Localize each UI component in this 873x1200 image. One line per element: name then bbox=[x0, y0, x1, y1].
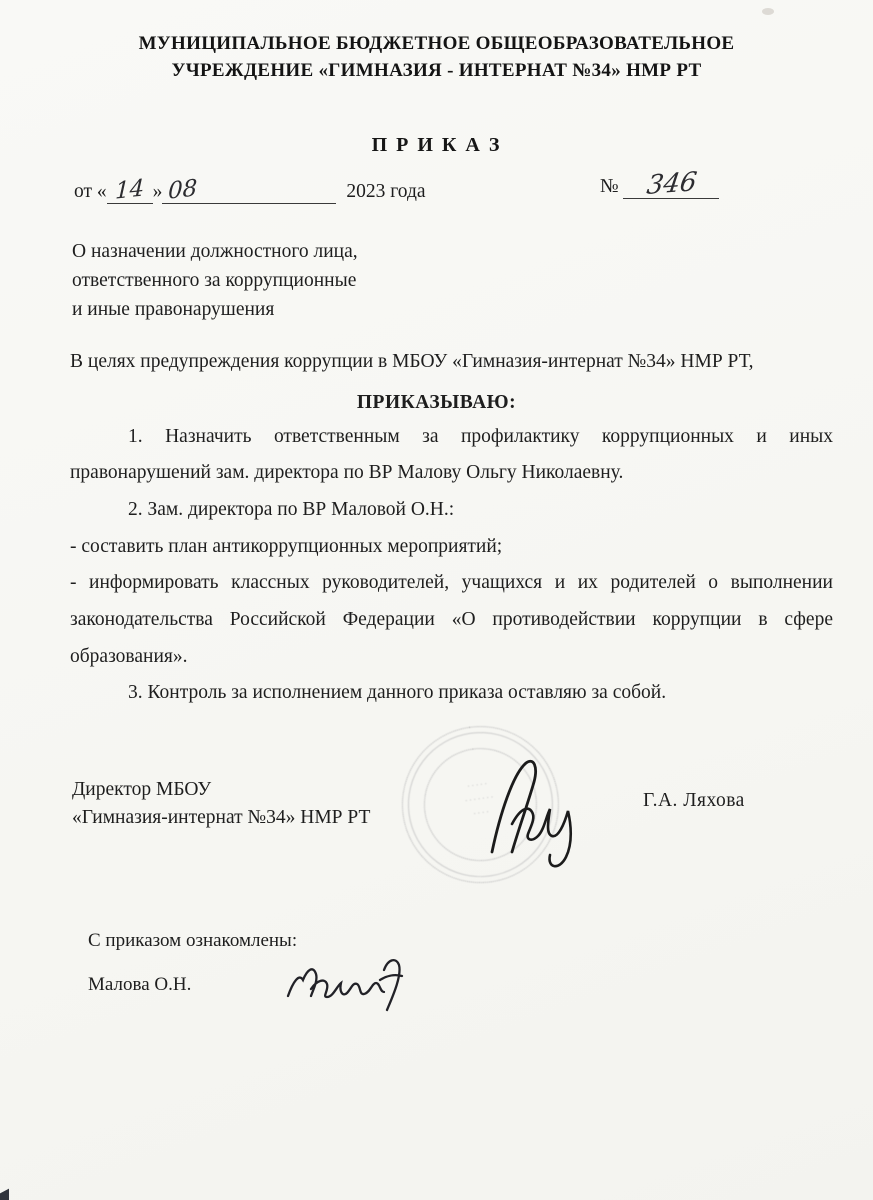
order-subject-line3: и иные правонарушения bbox=[72, 295, 873, 324]
director-signature-icon bbox=[487, 754, 599, 870]
order-subject-line1: О назначении должностного лица, bbox=[72, 237, 873, 266]
order-number: № 346 bbox=[600, 171, 719, 199]
acknowledged-person-name: Малова О.Н. bbox=[88, 974, 191, 995]
handwritten-month: 08 bbox=[168, 177, 198, 203]
order-item-2: 2. Зам. директора по ВР Маловой О.Н.: bbox=[70, 492, 833, 529]
order-item-2-sub-1: - составить план антикоррупционных мероп… bbox=[70, 529, 833, 566]
scanned-order-document: МУНИЦИПАЛЬНОЕ БЮДЖЕТНОЕ ОБЩЕОБРАЗОВАТЕЛЬ… bbox=[0, 0, 873, 1200]
order-number-label: № bbox=[600, 176, 619, 197]
director-title-line1: Директор МБОУ bbox=[72, 776, 370, 804]
date-year: 2023 года bbox=[346, 181, 425, 202]
acknowledgement-label: С приказом ознакомлены: bbox=[88, 930, 873, 952]
director-title: Директор МБОУ «Гимназия-интернат №34» НМ… bbox=[72, 776, 370, 833]
document-title: П Р И К А З bbox=[0, 134, 873, 157]
order-items: 1. Назначить ответственным за профилакти… bbox=[0, 419, 873, 712]
intro-paragraph: В целях предупреждения коррупции в МБОУ … bbox=[0, 351, 873, 373]
order-date: от «14»082023 года bbox=[74, 181, 426, 202]
order-item-1: 1. Назначить ответственным за профилакти… bbox=[70, 419, 833, 492]
director-name: Г.А. Ляхова bbox=[643, 790, 745, 812]
order-subject: О назначении должностного лица, ответств… bbox=[0, 237, 873, 325]
organization-name-line2: УЧРЕЖДЕНИЕ «ГИМНАЗИЯ - ИНТЕРНАТ №34» НМР… bbox=[60, 58, 813, 85]
order-item-3: 3. Контроль за исполнением данного прика… bbox=[70, 675, 833, 712]
date-close-quote: » bbox=[153, 181, 163, 202]
handwritten-order-number: 346 bbox=[645, 169, 698, 199]
organization-name: МУНИЦИПАЛЬНОЕ БЮДЖЕТНОЕ ОБЩЕОБРАЗОВАТЕЛЬ… bbox=[60, 31, 813, 85]
handwritten-day: 14 bbox=[115, 177, 145, 203]
signature-block: Директор МБОУ «Гимназия-интернат №34» НМ… bbox=[0, 768, 873, 896]
malova-signature-icon bbox=[284, 952, 410, 1014]
date-prefix: от « bbox=[74, 181, 107, 202]
order-meta-row: от «14»082023 года № 346 bbox=[0, 179, 873, 221]
scan-smudge-artifact bbox=[762, 8, 774, 15]
order-subject-line2: ответственного за коррупционные bbox=[72, 266, 873, 295]
scan-corner-artifact bbox=[0, 1189, 9, 1200]
director-title-line2: «Гимназия-интернат №34» НМР РТ bbox=[72, 804, 370, 832]
organization-name-line1: МУНИЦИПАЛЬНОЕ БЮДЖЕТНОЕ ОБЩЕОБРАЗОВАТЕЛЬ… bbox=[60, 31, 813, 58]
resolution-heading: ПРИКАЗЫВАЮ: bbox=[0, 392, 873, 414]
acknowledgement-block: С приказом ознакомлены: Малова О.Н. bbox=[0, 930, 873, 1024]
order-item-2-sub-2: - информировать классных руководителей, … bbox=[70, 565, 833, 675]
acknowledgement-row: Малова О.Н. bbox=[88, 974, 873, 1024]
